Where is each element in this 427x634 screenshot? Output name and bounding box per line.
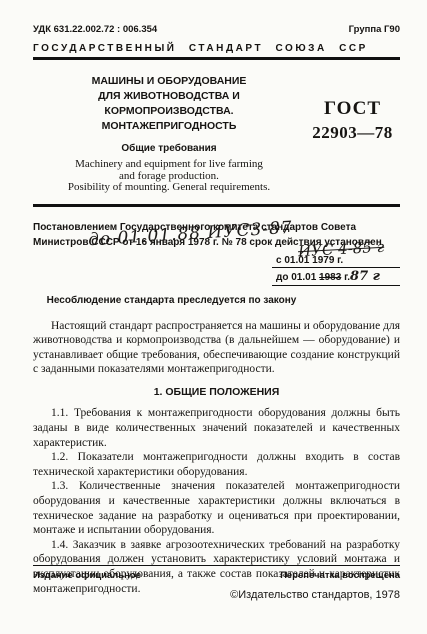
title-english: Machinery and equipment for live farming… (33, 159, 305, 194)
gost-number-block: ГОСТ 22903—78 (305, 74, 400, 194)
intro-paragraph: Настоящий стандарт распространяется на м… (33, 319, 400, 377)
validity-to: до 01.01 1983 г.87 г (272, 268, 400, 286)
gost-number: 22903—78 (305, 123, 400, 143)
title-block: МАШИНЫ И ОБОРУДОВАНИЕ ДЛЯ ЖИВОТНОВОДСТВА… (33, 74, 305, 194)
title-rule (33, 204, 400, 207)
title-en-line-1: Machinery and equipment for live farming (33, 159, 305, 171)
paragraph-1-1: 1.1. Требования к монтажепригодности обо… (33, 406, 400, 450)
publisher-copyright: ©Издательство стандартов, 1978 (33, 589, 400, 601)
validity-to-suffix: г. (341, 272, 350, 283)
title-subtitle: Общие требования (33, 143, 305, 154)
validity-to-prefix: до 01.01 (276, 272, 319, 283)
title-en-line-3: Posibility of mounting. General requirem… (33, 182, 305, 194)
validity-block: с 01.01 1979 г. до 01.01 1983 г.87 г (272, 254, 400, 286)
page-content: УДК 631.22.002.72 : 006.354 Группа Г90 Г… (0, 0, 427, 596)
section-1-heading: 1. ОБЩИЕ ПОЛОЖЕНИЯ (33, 385, 400, 400)
title-line-1: МАШИНЫ И ОБОРУДОВАНИЕ (33, 74, 305, 89)
footer-row: Издание официальное Перепечатка воспреще… (33, 566, 400, 581)
paragraph-1-3: 1.3. Количественные значения показателей… (33, 479, 400, 537)
title-zone: МАШИНЫ И ОБОРУДОВАНИЕ ДЛЯ ЖИВОТНОВОДСТВА… (33, 74, 400, 194)
udk-code: УДК 631.22.002.72 : 006.354 (33, 24, 157, 35)
group-code: Группа Г90 (349, 24, 400, 35)
gost-standard-page: УДК 631.22.002.72 : 006.354 Группа Г90 Г… (0, 0, 427, 634)
footer: Издание официальное Перепечатка воспреще… (33, 565, 400, 601)
document-body: Настоящий стандарт распространяется на м… (33, 319, 400, 597)
header-rule (33, 57, 400, 60)
state-standard-header: ГОСУДАРСТВЕННЫЙ СТАНДАРТ СОЮЗА ССР (33, 43, 400, 54)
classification-row: УДК 631.22.002.72 : 006.354 Группа Г90 (33, 24, 400, 35)
law-enforcement-line: Несоблюдение стандарта преследуется по з… (33, 295, 400, 306)
reprint-forbidden-label: Перепечатка воспрещена (280, 570, 400, 581)
paragraph-1-2: 1.2. Показатели монтажепригодности должн… (33, 450, 400, 479)
official-edition-label: Издание официальное (33, 570, 141, 581)
title-line-3: МОНТАЖЕПРИГОДНОСТЬ (33, 119, 305, 134)
handwritten-year-correction: 87 г (350, 269, 380, 284)
validity-to-struck-year: 1983 (319, 272, 341, 283)
gost-label: ГОСТ (305, 98, 400, 120)
title-line-2: ДЛЯ ЖИВОТНОВОДСТВА И КОРМОПРОИЗВОДСТВА. (33, 89, 305, 119)
